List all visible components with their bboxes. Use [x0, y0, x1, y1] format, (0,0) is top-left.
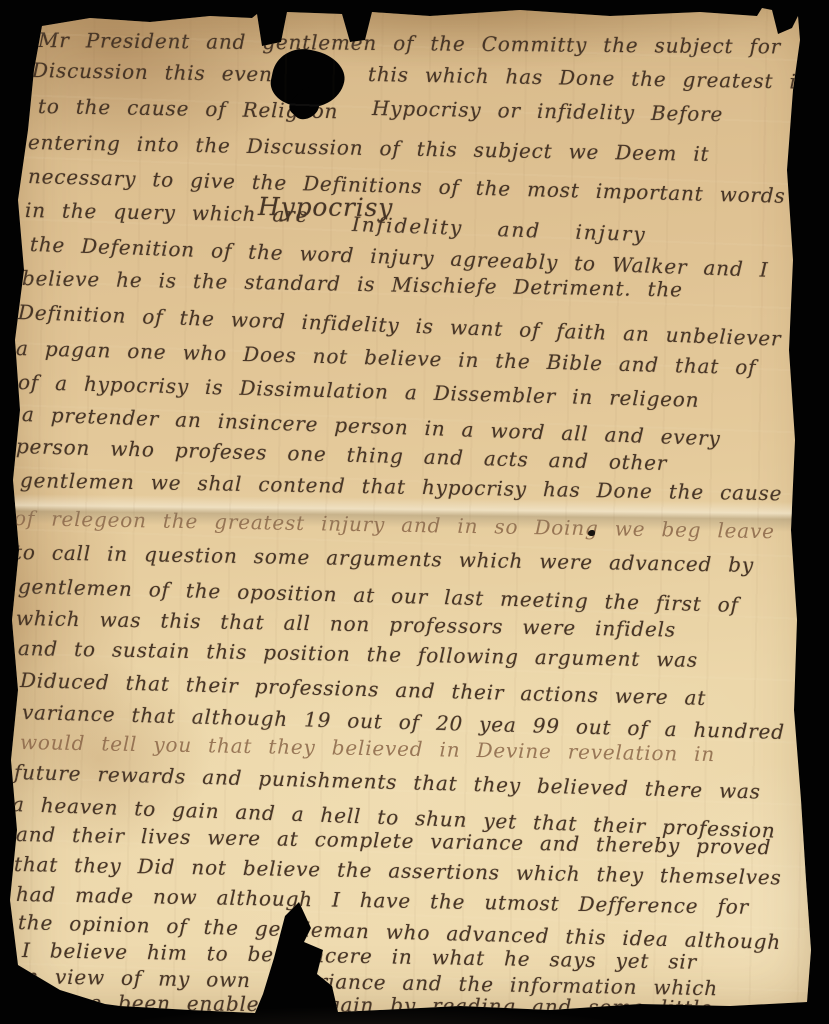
manuscript-line: this which has Done the greatest injury [368, 62, 829, 94]
manuscript-line: and to sustain this position the followi… [18, 636, 698, 672]
manuscript-line: I have been enabled to gain by reading a… [26, 990, 713, 1020]
manuscript-line: entering into the Discussion of this sub… [28, 130, 710, 166]
manuscript-line: Mr President and gentlemen of the Commit… [38, 28, 781, 58]
manuscript-line: Discussion this evening [32, 58, 308, 87]
scanner-background: Mr President and gentlemen of the Commit… [0, 0, 829, 1024]
manuscript-line: Infidelity and injury [352, 212, 648, 246]
manuscript-paper: Mr President and gentlemen of the Commit… [0, 0, 829, 1024]
manuscript-line: Hypocrisy or infidelity Before [372, 96, 724, 126]
ink-speck [588, 530, 595, 536]
manuscript-line: to call in question some arguments which… [14, 540, 754, 577]
